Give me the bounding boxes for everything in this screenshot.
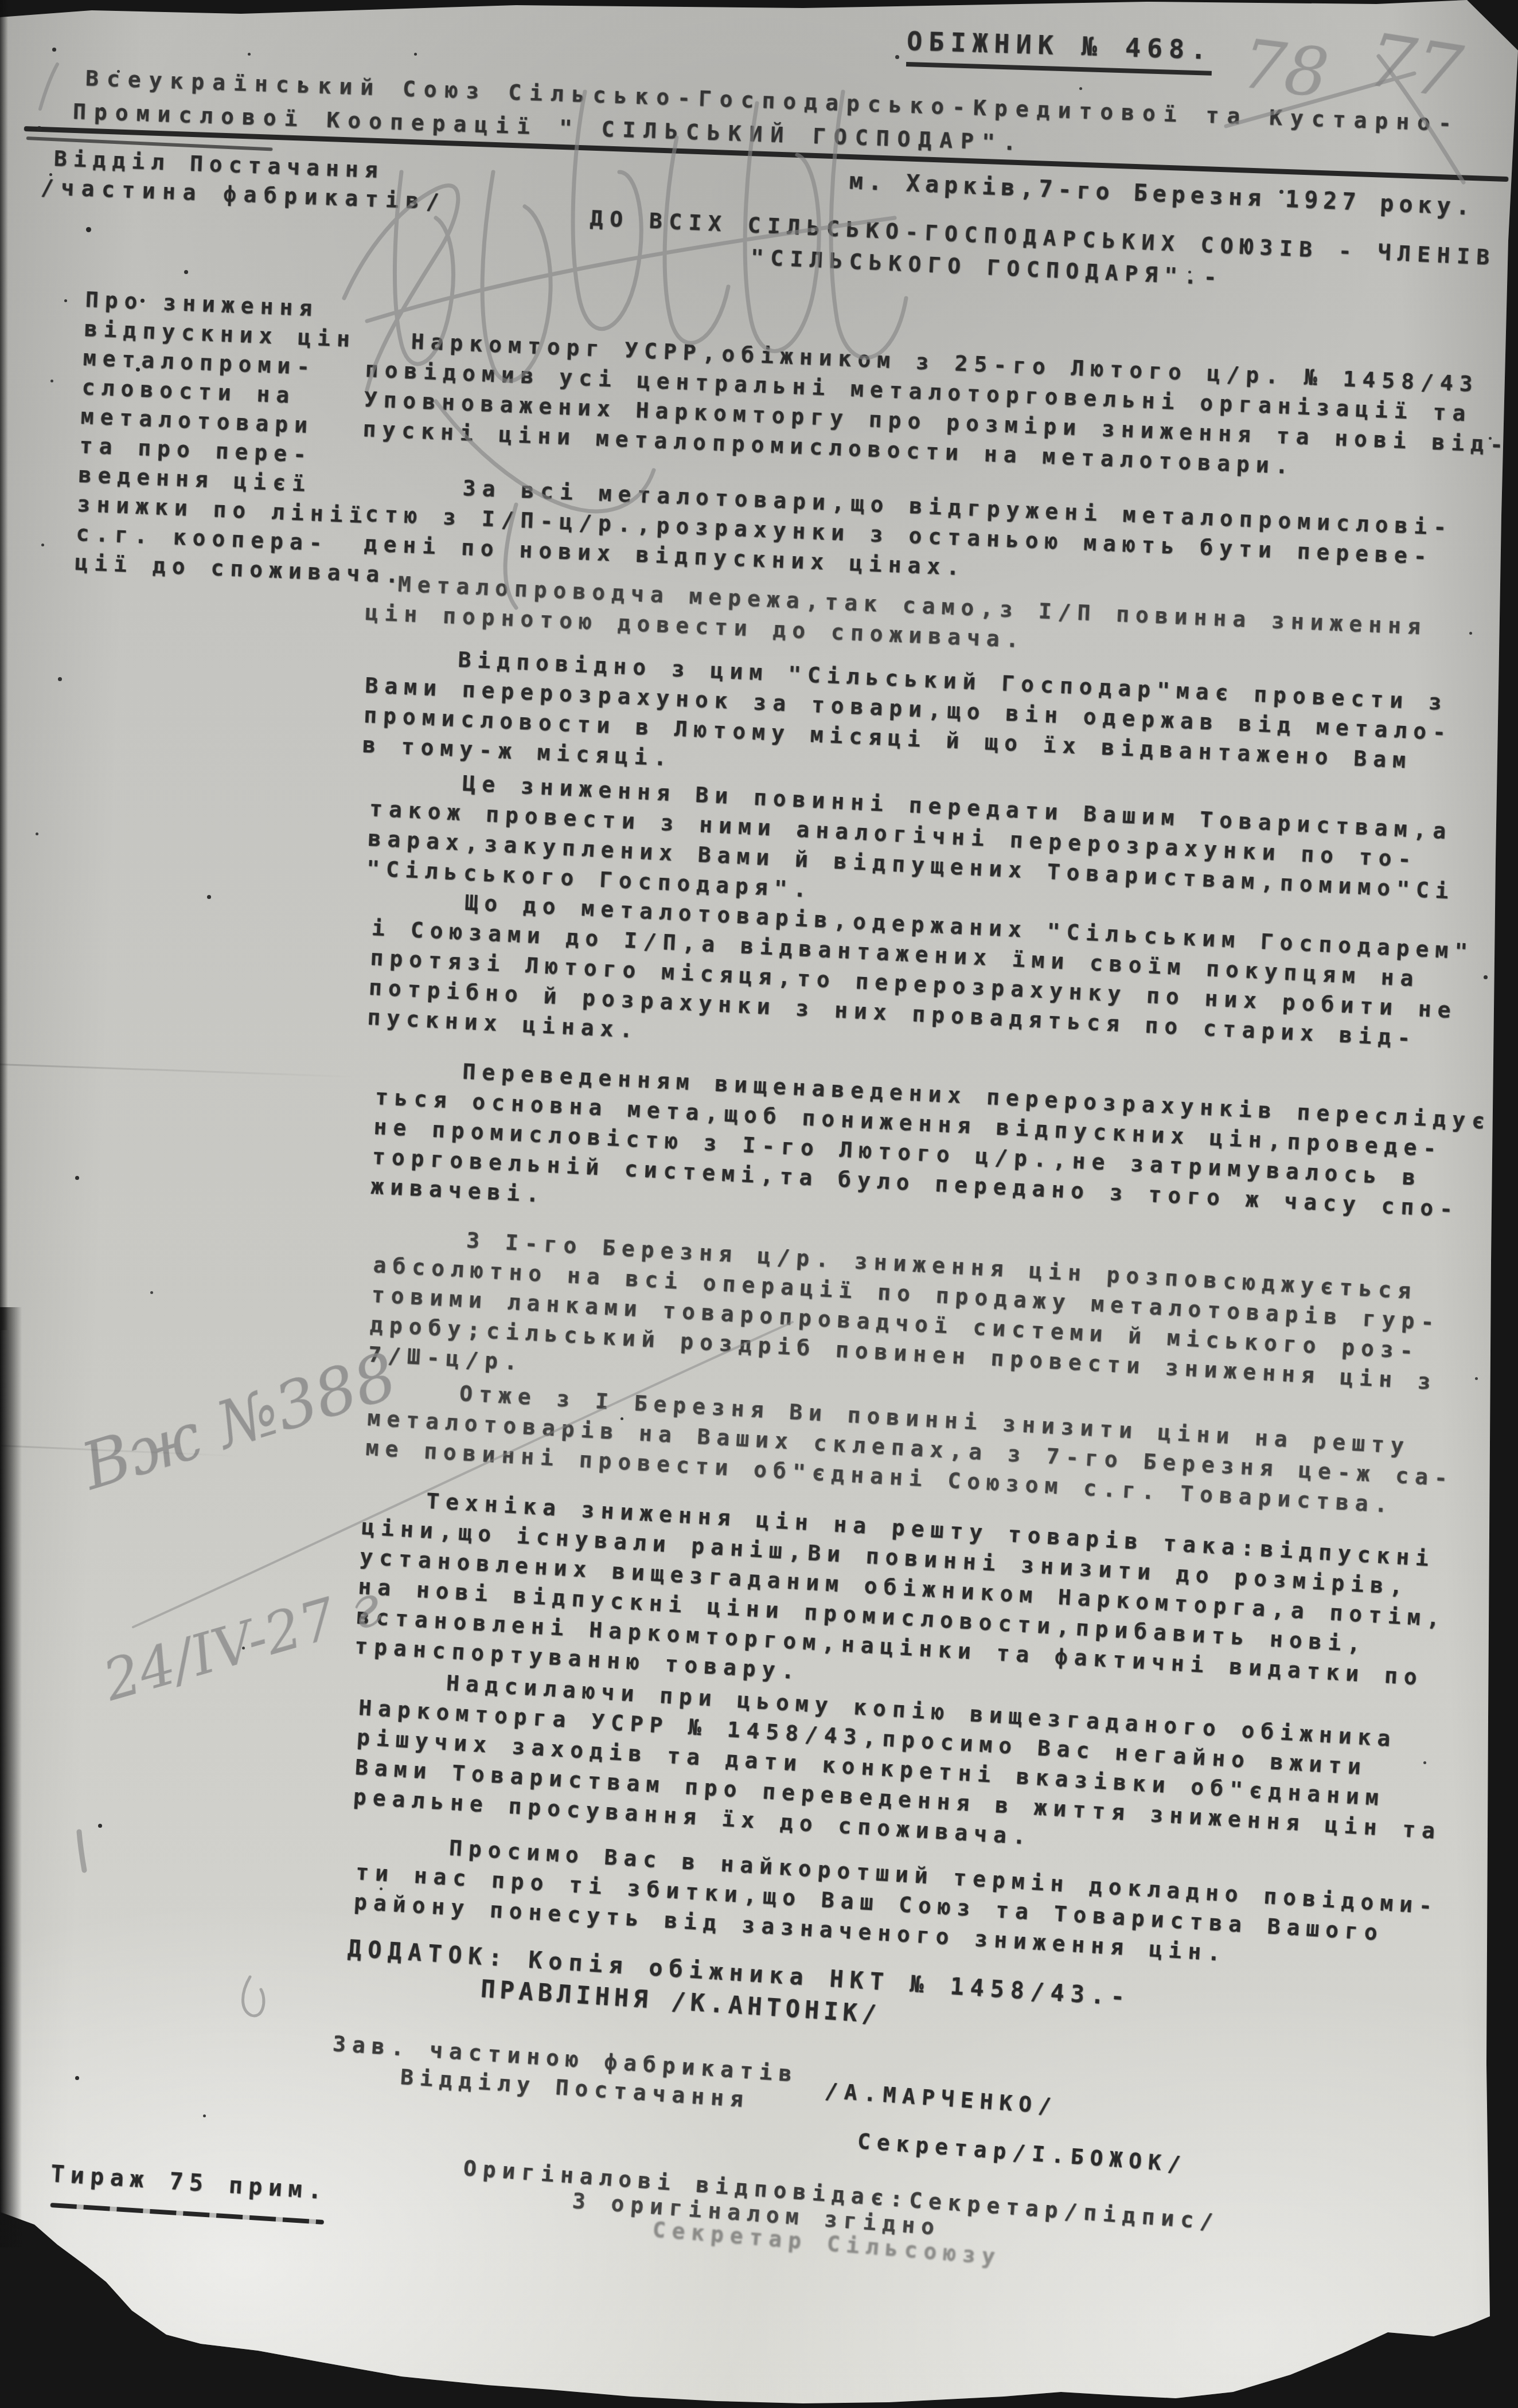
scan-edge-shadow-left-bottom — [0, 1307, 22, 2247]
pencil-diagonal-line — [133, 1322, 793, 1627]
pencil-signature-scrawl — [344, 92, 906, 608]
scan-edge-shadow-left-top — [0, 0, 8, 1330]
scanned-document-page: ОБІЖНИК № 468. Всеукраїнський Союз Сільс… — [0, 0, 1518, 2408]
pencil-stroke-topleft — [40, 64, 57, 109]
pencil-squiggle-before-board — [243, 1977, 264, 2016]
pencil-stroke-margin-tick — [79, 1832, 84, 1870]
pencil-scrawl-svg — [0, 0, 1518, 2408]
pencil-strike-through-77 — [1379, 56, 1464, 182]
pencil-strike-through-78 — [1226, 73, 1414, 126]
